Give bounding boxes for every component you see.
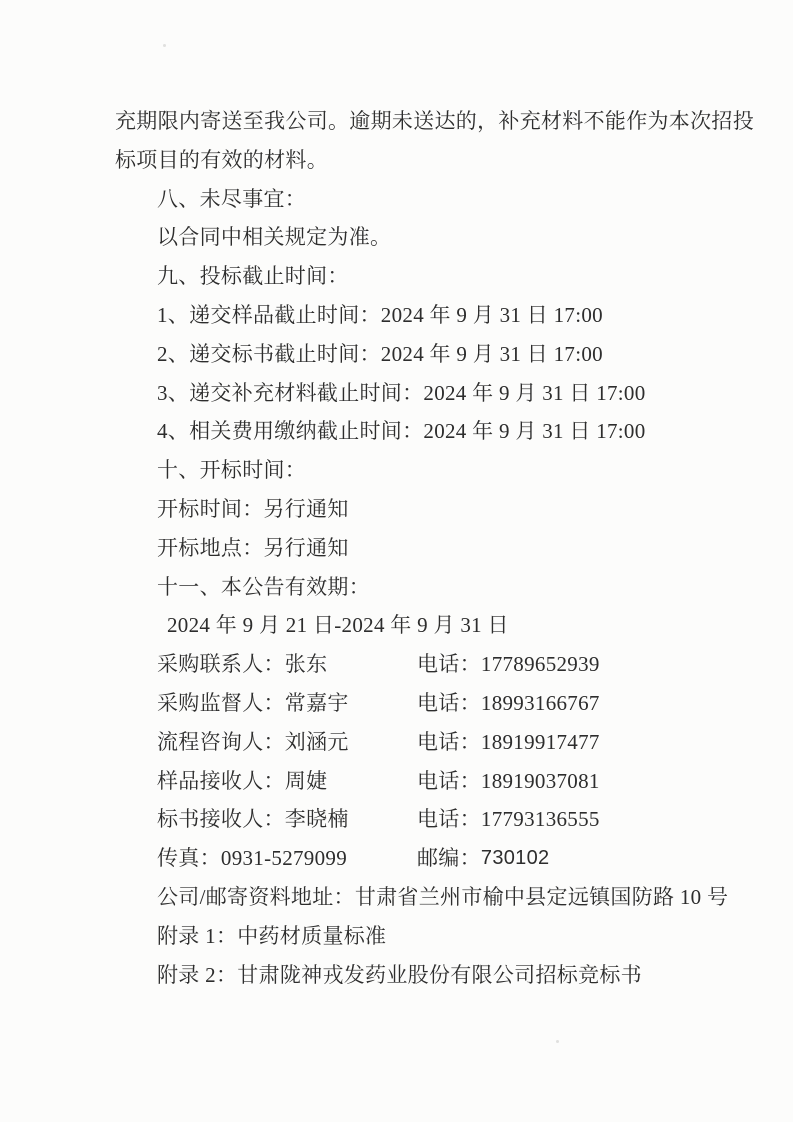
deadline-item-4: 4、相关费用缴纳截止时间：2024 年 9 月 31 日 17:00 [115,412,693,451]
paragraph-continuation-line-2: 标项目的有效的材料。 [115,141,693,180]
announcement-validity-dates: 2024 年 9 月 21 日-2024 年 9 月 31 日 [115,606,693,645]
section-9-title: 九、投标截止时间： [115,257,693,296]
contact-name: 样品接收人：周婕 [157,762,417,801]
contact-row-purchase-supervisor: 采购监督人：常嘉宇 电话：18993166767 [115,684,693,723]
contact-phone-label: 电话： [417,684,481,723]
scan-speck [290,158,293,161]
scan-speck [163,44,166,47]
contact-name: 采购联系人：张东 [157,645,417,684]
bid-opening-place: 开标地点：另行通知 [115,529,693,568]
fax-number: 传真：0931-5279099 [157,839,417,878]
document-body: 充期限内寄送至我公司。逾期未送达的，补充材料不能作为本次招投 标项目的有效的材料… [0,0,793,994]
section-8-title: 八、未尽事宜： [115,180,693,219]
contact-name: 标书接收人：李晓楠 [157,800,417,839]
postcode-value: 730102 [481,839,550,878]
scan-speck [556,1040,559,1043]
deadline-item-1: 1、递交样品截止时间：2024 年 9 月 31 日 17:00 [115,296,693,335]
section-11-title: 十一、本公告有效期： [115,568,693,607]
deadline-item-3: 3、递交补充材料截止时间：2024 年 9 月 31 日 17:00 [115,374,693,413]
appendix-1: 附录 1：中药材质量标准 [115,917,693,956]
mailing-address: 公司/邮寄资料地址：甘肃省兰州市榆中县定远镇国防路 10 号 [115,878,693,917]
contact-row-sample-receiver: 样品接收人：周婕 电话：18919037081 [115,762,693,801]
contact-row-bid-document-receiver: 标书接收人：李晓楠 电话：17793136555 [115,800,693,839]
contact-phone-label: 电话： [417,800,481,839]
contact-phone-number: 17793136555 [481,800,600,839]
deadline-item-2: 2、递交标书截止时间：2024 年 9 月 31 日 17:00 [115,335,693,374]
contact-phone-label: 电话： [417,645,481,684]
contact-phone-label: 电话： [417,723,481,762]
contact-row-process-consultant: 流程咨询人：刘涵元 电话：18919917477 [115,723,693,762]
appendix-2: 附录 2：甘肃陇神戎发药业股份有限公司招标竞标书 [115,956,693,995]
contact-row-fax-postcode: 传真：0931-5279099 邮编：730102 [115,839,693,878]
contact-phone-number: 17789652939 [481,645,600,684]
scanned-document-page: 充期限内寄送至我公司。逾期未送达的，补充材料不能作为本次招投 标项目的有效的材料… [0,0,793,1122]
section-8-body: 以合同中相关规定为准。 [115,218,693,257]
contact-phone-number: 18919037081 [481,762,600,801]
contact-name: 采购监督人：常嘉宇 [157,684,417,723]
contact-row-purchase-contact: 采购联系人：张东 电话：17789652939 [115,645,693,684]
contact-phone-label: 电话： [417,762,481,801]
postcode-label: 邮编： [417,839,481,878]
bid-opening-time: 开标时间：另行通知 [115,490,693,529]
contact-phone-number: 18993166767 [481,684,600,723]
contact-phone-number: 18919917477 [481,723,600,762]
paragraph-continuation-line-1: 充期限内寄送至我公司。逾期未送达的，补充材料不能作为本次招投 [115,102,693,141]
contact-name: 流程咨询人：刘涵元 [157,723,417,762]
section-10-title: 十、开标时间： [115,451,693,490]
